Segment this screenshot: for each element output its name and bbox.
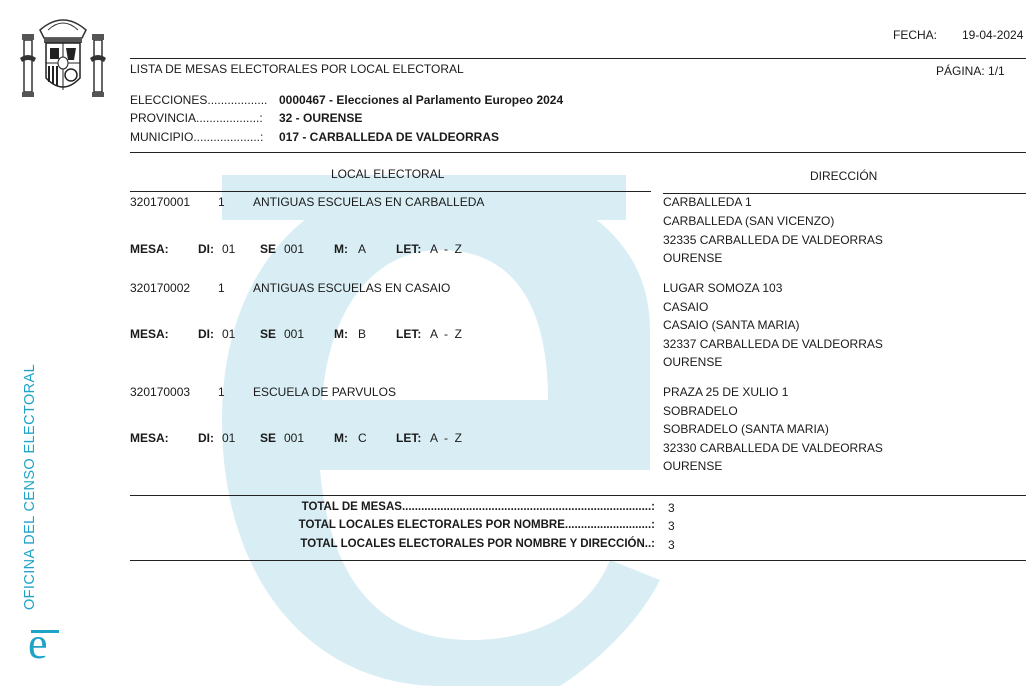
elecciones-label: ELECCIONES.................. [130,93,267,107]
di-value: 01 [222,431,235,445]
direccion-header-underline [663,193,1026,194]
address-line: OURENSE [663,355,722,369]
di-value: 01 [222,327,235,341]
local-name: ANTIGUAS ESCUELAS EN CASAIO [253,281,450,295]
di-value: 01 [222,242,235,256]
total-mesas-label: TOTAL DE MESAS..........................… [302,501,655,513]
let-label: LET: [396,431,421,445]
provincia-label: PROVINCIA...................: [130,111,263,125]
m-label: M: [334,431,348,445]
fecha-label: FECHA: [893,28,937,42]
di-label: DI: [198,327,214,341]
di-label: DI: [198,431,214,445]
local-name: ANTIGUAS ESCUELAS EN CARBALLEDA [253,195,484,209]
local-num: 1 [218,385,225,399]
address-line: 32330 CARBALLEDA DE VALDEORRAS [663,441,883,455]
se-label: SE [260,431,276,445]
coat-of-arms-icon [18,12,108,104]
let-label: LET: [396,327,421,341]
address-line: SOBRADELO (SANTA MARIA) [663,422,829,436]
address-line: 32335 CARBALLEDA DE VALDEORRAS [663,233,883,247]
elecciones-value: 0000467 - Elecciones al Parlamento Europ… [279,93,563,107]
se-value: 001 [284,327,304,341]
m-label: M: [334,242,348,256]
column-header-direccion: DIRECCIÓN [810,169,877,183]
local-code: 320170001 [130,195,190,209]
local-num: 1 [218,195,225,209]
m-value: A [358,242,366,256]
oce-logo-icon: e [28,622,48,666]
municipio-value: 017 - CARBALLEDA DE VALDEORRAS [279,130,499,144]
se-value: 001 [284,242,304,256]
address-line: 32337 CARBALLEDA DE VALDEORRAS [663,337,883,351]
address-line: SOBRADELO [663,404,738,418]
se-value: 001 [284,431,304,445]
address-line: CASAIO (SANTA MARIA) [663,318,799,332]
total-locales-direccion-value: 3 [668,538,675,552]
address-line: LUGAR SOMOZA 103 [663,281,782,295]
total-locales-nombre-label: TOTAL LOCALES ELECTORALES POR NOMBRE....… [299,519,655,531]
sidebar-org-name: OFICINA DEL CENSO ELECTORAL [22,364,38,610]
report-title: LISTA DE MESAS ELECTORALES POR LOCAL ELE… [130,62,464,76]
total-mesas-value: 3 [668,501,675,515]
m-label: M: [334,327,348,341]
total-locales-direccion-label: TOTAL LOCALES ELECTORALES POR NOMBRE Y D… [300,538,655,550]
let-value: A - Z [430,242,462,256]
address-line: PRAZA 25 DE XULIO 1 [663,385,788,399]
fecha-value: 19-04-2024 [962,28,1023,42]
m-value: B [358,327,366,341]
se-label: SE [260,242,276,256]
local-header-underline [130,191,651,192]
local-code: 320170003 [130,385,190,399]
mesa-label: MESA: [130,327,169,341]
m-value: C [358,431,367,445]
totals-top-divider [130,495,1026,496]
address-line: CARBALLEDA 1 [663,195,752,209]
total-locales-nombre-value: 3 [668,519,675,533]
se-label: SE [260,327,276,341]
local-name: ESCUELA DE PARVULOS [253,385,396,399]
meta-divider [130,152,1026,153]
di-label: DI: [198,242,214,256]
let-value: A - Z [430,327,462,341]
address-line: CASAIO [663,300,708,314]
address-line: CARBALLEDA (SAN VICENZO) [663,214,834,228]
column-header-local: LOCAL ELECTORAL [331,167,444,181]
local-code: 320170002 [130,281,190,295]
municipio-label: MUNICIPIO....................: [130,130,263,144]
header-divider [130,58,1026,59]
let-label: LET: [396,242,421,256]
mesa-label: MESA: [130,431,169,445]
document-page: FECHA: 19-04-2024 LISTA DE MESAS ELECTOR… [0,0,1035,686]
let-value: A - Z [430,431,462,445]
mesa-label: MESA: [130,242,169,256]
totals-bottom-divider [130,560,1026,561]
address-line: OURENSE [663,251,722,265]
provincia-value: 32 - OURENSE [279,111,362,125]
local-num: 1 [218,281,225,295]
page-indicator: PÁGINA: 1/1 [936,64,1005,78]
address-line: OURENSE [663,459,722,473]
